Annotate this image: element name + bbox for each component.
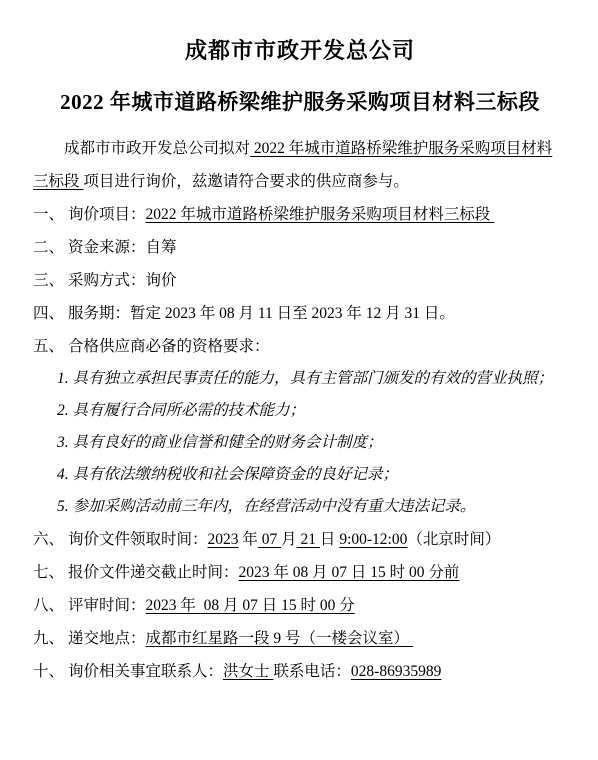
item-content: 合格供应商必备的资格要求：: [68, 330, 567, 363]
item-number: 二、: [33, 231, 68, 264]
text-segment: 资金来源：自筹: [68, 239, 177, 256]
text-segment: 联系电话：: [273, 663, 351, 680]
text-segment: 月: [281, 531, 297, 548]
list-item-main: 八、评审时间：2023 年 08 月 07 日 15 时 00 分: [33, 589, 567, 622]
item-number: 三、: [33, 264, 68, 297]
underlined-text: 07: [258, 531, 281, 548]
item-content: 询价相关事宜联系人：洪女士 联系电话：028-86935989: [68, 655, 567, 688]
item-number: 九、: [33, 622, 68, 655]
list-item-main: 四、服务期：暂定 2023 年 08 月 11 日至 2023 年 12 月 3…: [33, 297, 567, 330]
text-segment: 递交地点：: [68, 630, 146, 647]
list-item-sub: 2. 具有履行合同所必需的技术能力；: [33, 395, 567, 427]
list-item-main: 七、报价文件递交截止时间：2023 年 08 月 07 日 15 时 00 分前: [33, 556, 567, 589]
item-content: 资金来源：自筹: [68, 231, 567, 264]
text-segment: 年: [239, 531, 258, 548]
underlined-text: 成都市红星路一段 9 号（一楼会议室）: [146, 630, 413, 647]
item-content: 采购方式：询价: [68, 264, 567, 297]
item-content: 递交地点：成都市红星路一段 9 号（一楼会议室）: [68, 622, 567, 655]
list-item-main: 五、合格供应商必备的资格要求：: [33, 330, 567, 363]
item-number: 四、: [33, 297, 68, 330]
item-number: 十、: [33, 655, 68, 688]
text-segment: 评审时间：: [68, 597, 146, 614]
text-segment: 合格供应商必备的资格要求：: [68, 338, 270, 355]
list-item-main: 二、资金来源：自筹: [33, 231, 567, 264]
list-item-main: 十、询价相关事宜联系人：洪女士 联系电话：028-86935989: [33, 655, 567, 688]
list-item-sub: 1. 具有独立承担民事责任的能力，具有主管部门颁发的有效的营业执照；: [33, 363, 567, 395]
text-segment: 询价文件领取时间：: [68, 531, 208, 548]
text-segment: 采购方式：询价: [68, 272, 177, 289]
list-item-main: 一、询价项目：2022 年城市道路桥梁维护服务采购项目材料三标段: [33, 198, 567, 231]
text-segment: 项目进行询价，兹邀请符合要求的供应商参与。: [83, 173, 409, 190]
item-number: 一、: [33, 198, 68, 231]
item-list: 一、询价项目：2022 年城市道路桥梁维护服务采购项目材料三标段 二、资金来源：…: [33, 198, 567, 688]
list-item-sub: 4. 具有依法缴纳税收和社会保障资金的良好记录；: [33, 459, 567, 491]
item-content: 报价文件递交截止时间：2023 年 08 月 07 日 15 时 00 分前: [68, 556, 567, 589]
intro-paragraph: 成都市市政开发总公司拟对 2022 年城市道路桥梁维护服务采购项目材料三标段 项…: [33, 132, 567, 198]
underlined-text: 2023 年 08 月 07 日 15 时 00 分: [146, 597, 355, 614]
item-number: 七、: [33, 556, 68, 589]
underlined-text: 2023 年 08 月 07 日 15 时 00 分前: [239, 564, 460, 581]
list-item-main: 六、询价文件领取时间：2023 年 07 月 21 日 9:00-12:00（北…: [33, 523, 567, 556]
list-item-main: 九、递交地点：成都市红星路一段 9 号（一楼会议室）: [33, 622, 567, 655]
underlined-text: 2023: [208, 531, 239, 548]
list-item-main: 三、采购方式：询价: [33, 264, 567, 297]
list-item-sub: 3. 具有良好的商业信誉和健全的财务会计制度；: [33, 427, 567, 459]
item-number: 八、: [33, 589, 68, 622]
underlined-text: 028-86935989: [351, 663, 441, 680]
text-segment: 成都市市政开发总公司拟对: [64, 140, 250, 157]
underlined-text: 洪女士: [223, 663, 273, 680]
text-segment: 询价项目：: [68, 206, 146, 223]
underlined-text: 9:00-12:00: [339, 531, 407, 548]
document-title: 成都市市政开发总公司: [33, 34, 567, 68]
underlined-text: 2022 年城市道路桥梁维护服务采购项目材料三标段: [146, 206, 495, 223]
item-content: 询价项目：2022 年城市道路桥梁维护服务采购项目材料三标段: [68, 198, 567, 231]
text-segment: 询价相关事宜联系人：: [68, 663, 223, 680]
item-content: 服务期：暂定 2023 年 08 月 11 日至 2023 年 12 月 31 …: [68, 297, 567, 330]
document-subtitle: 2022 年城市道路桥梁维护服务采购项目材料三标段: [33, 85, 567, 119]
text-segment: （北京时间）: [407, 531, 500, 548]
item-number: 六、: [33, 523, 68, 556]
text-segment: 日: [320, 531, 339, 548]
text-segment: 报价文件递交截止时间：: [68, 564, 239, 581]
list-item-sub: 5. 参加采购活动前三年内，在经营活动中没有重大违法记录。: [33, 491, 567, 523]
item-number: 五、: [33, 330, 68, 363]
text-segment: 服务期：暂定 2023 年 08 月 11 日至 2023 年 12 月 31 …: [68, 305, 455, 322]
item-content: 询价文件领取时间：2023 年 07 月 21 日 9:00-12:00（北京时…: [68, 523, 567, 556]
underlined-text: 21: [297, 531, 320, 548]
item-content: 评审时间：2023 年 08 月 07 日 15 时 00 分: [68, 589, 567, 622]
document-page: 成都市市政开发总公司 2022 年城市道路桥梁维护服务采购项目材料三标段 成都市…: [0, 0, 598, 688]
